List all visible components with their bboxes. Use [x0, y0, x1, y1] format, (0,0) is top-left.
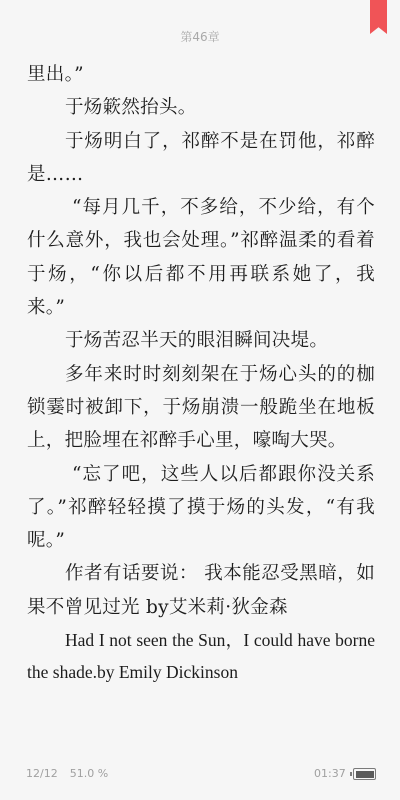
author-note-english: Had I not seen the Sun，I could have born… — [27, 625, 375, 688]
author-note: 作者有话要说： 我本能忍受黑暗，如果不曾见过光 by艾米莉·狄金森 — [27, 557, 375, 624]
paragraph: 于炀明白了，祁醉不是在罚他，祁醉是…… — [27, 125, 375, 192]
chapter-title: 第46章 — [0, 28, 400, 45]
reading-content[interactable]: 里出。” 于炀簌然抬头。 于炀明白了，祁醉不是在罚他，祁醉是…… “每月几千，不… — [27, 58, 375, 688]
paragraph: 多年来时时刻刻架在于炀心头的的枷锁霎时被卸下，于炀崩溃一般跪坐在地板上，把脸埋在… — [27, 358, 375, 458]
clock: 01:37 — [314, 767, 346, 780]
paragraph: “每月几千，不多给，不少给，有个什么意外，我也会处理。”祁醉温柔的看着于炀，“你… — [27, 191, 375, 324]
reading-progress: 12/1251.0 % — [26, 767, 108, 780]
paragraph: 于炀苦忍半天的眼泪瞬间决堤。 — [27, 324, 375, 357]
battery-full-icon — [353, 768, 376, 780]
page-counter: 12/12 — [26, 767, 58, 780]
paragraph: 里出。” — [27, 58, 375, 91]
paragraph: “忘了吧，这些人以后都跟你没关系了。”祁醉轻轻摸了摸于炀的头发，“有我呢。” — [27, 458, 375, 558]
status-footer: 12/1251.0 % 01:37 — [0, 766, 400, 784]
paragraph: 于炀簌然抬头。 — [27, 91, 375, 124]
progress-percent: 51.0 % — [70, 767, 108, 780]
